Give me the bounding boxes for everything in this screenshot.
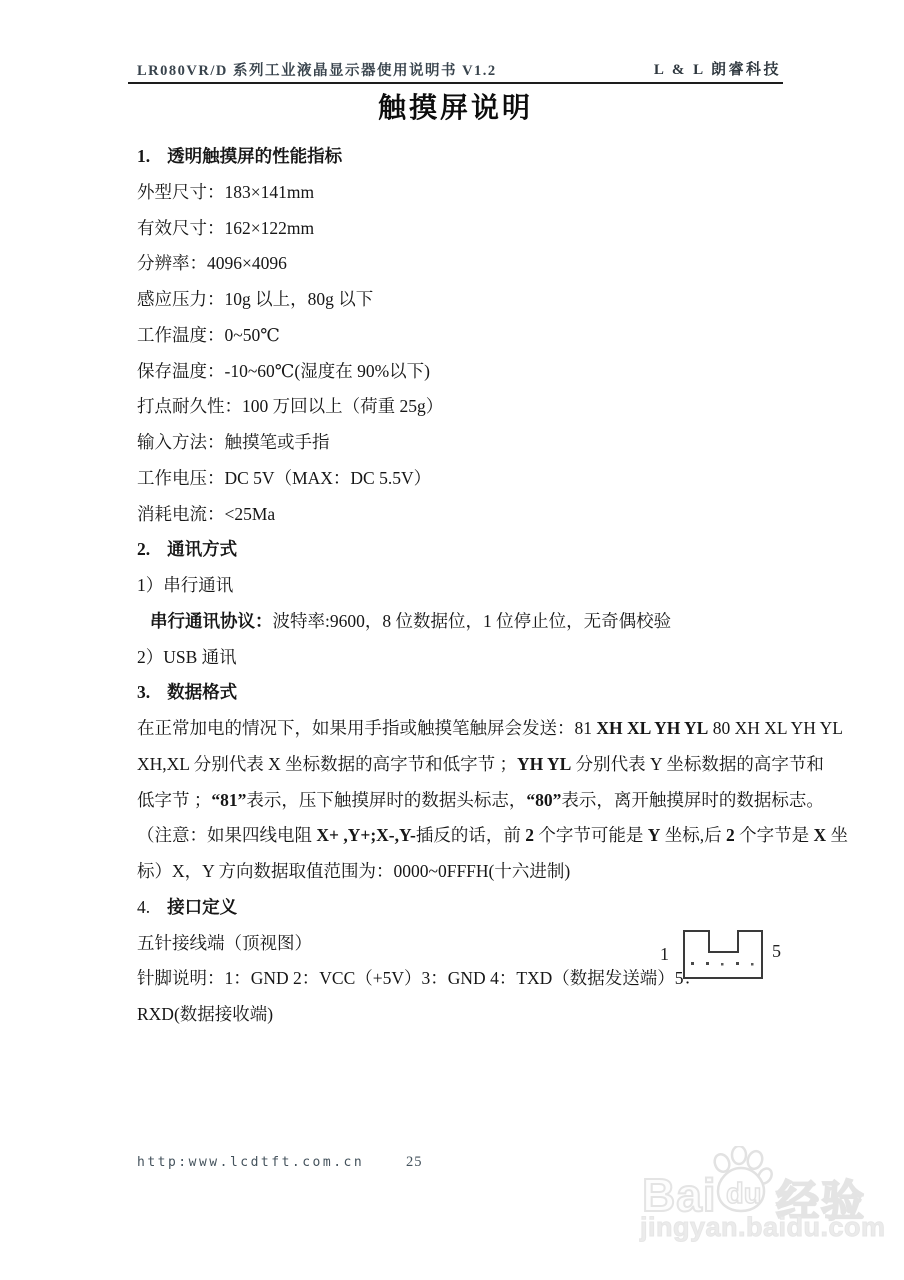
text-line: 2）USB 通讯 [137, 640, 802, 676]
document-page: LR080VR/D 系列工业液晶显示器使用说明书 V1.2 L & L 朗睿科技… [0, 0, 904, 1280]
text-line: 4.接口定义 [137, 890, 802, 926]
text-line: 1.透明触摸屏的性能指标 [137, 139, 802, 175]
footer-url: http:www.lcdtft.com.cn [137, 1155, 364, 1170]
text-line: 有效尺寸：162×122mm [137, 211, 802, 247]
text-line: 3.数据格式 [137, 675, 802, 711]
text-line: 在正常加电的情况下，如果用手指或触摸笔触屏会发送：81 XH XL YH YL … [137, 711, 802, 747]
text-line: 输入方法：触摸笔或手指 [137, 425, 802, 461]
text-line: 外型尺寸：183×141mm [137, 175, 802, 211]
text-line: 工作温度：0~50℃ [137, 318, 802, 354]
text-line: RXD(数据接收端) [137, 997, 802, 1033]
text-line: 2.通讯方式 [137, 532, 802, 568]
header-rule [128, 82, 783, 84]
header-doc-title: LR080VR/D 系列工业液晶显示器使用说明书 V1.2 [137, 59, 497, 80]
body-lines: 1.透明触摸屏的性能指标外型尺寸：183×141mm有效尺寸：162×122mm… [137, 139, 802, 1033]
text-line: （注意：如果四线电阻 X+ ,Y+;X-,Y-插反的话，前 2 个字节可能是 Y… [137, 818, 802, 854]
page-title: 触摸屏说明 [128, 86, 783, 126]
text-line: 打点耐久性：100 万回以上（荷重 25g） [137, 389, 802, 425]
connector-diagram [683, 929, 764, 980]
connector-pin5-label: 5 [772, 941, 781, 962]
baidu-watermark: Bai du 经验 jingyan.baidu.com [638, 1146, 904, 1258]
text-line: 串行通讯协议：波特率:9600，8 位数据位，1 位停止位，无奇偶校验 [137, 604, 802, 640]
text-line: 消耗电流：<25Ma [137, 497, 802, 533]
footer-page-number: 25 [406, 1154, 423, 1171]
text-line: 1）串行通讯 [137, 568, 802, 604]
text-line: XH,XL 分别代表 X 坐标数据的高字节和低字节 ；YH YL 分别代表 Y … [137, 747, 802, 783]
watermark-site-url: jingyan.baidu.com [640, 1212, 886, 1243]
text-line: 低字节 ；“81”表示，压下触摸屏时的数据头标志，“80”表示，离开触摸屏时的数… [137, 783, 802, 819]
text-line: 标）X，Y 方向数据取值范围为：0000~0FFFH(十六进制) [137, 854, 802, 890]
text-line: 分辨率：4096×4096 [137, 246, 802, 282]
watermark-du-text: du [726, 1178, 761, 1211]
connector-pin1-label: 1 [660, 944, 669, 965]
text-line: 保存温度：-10~60℃(湿度在 90%以下) [137, 354, 802, 390]
text-line: 工作电压：DC 5V（MAX：DC 5.5V） [137, 461, 802, 497]
text-line: 感应压力：10g 以上，80g 以下 [137, 282, 802, 318]
header-company: L & L 朗睿科技 [654, 58, 781, 79]
